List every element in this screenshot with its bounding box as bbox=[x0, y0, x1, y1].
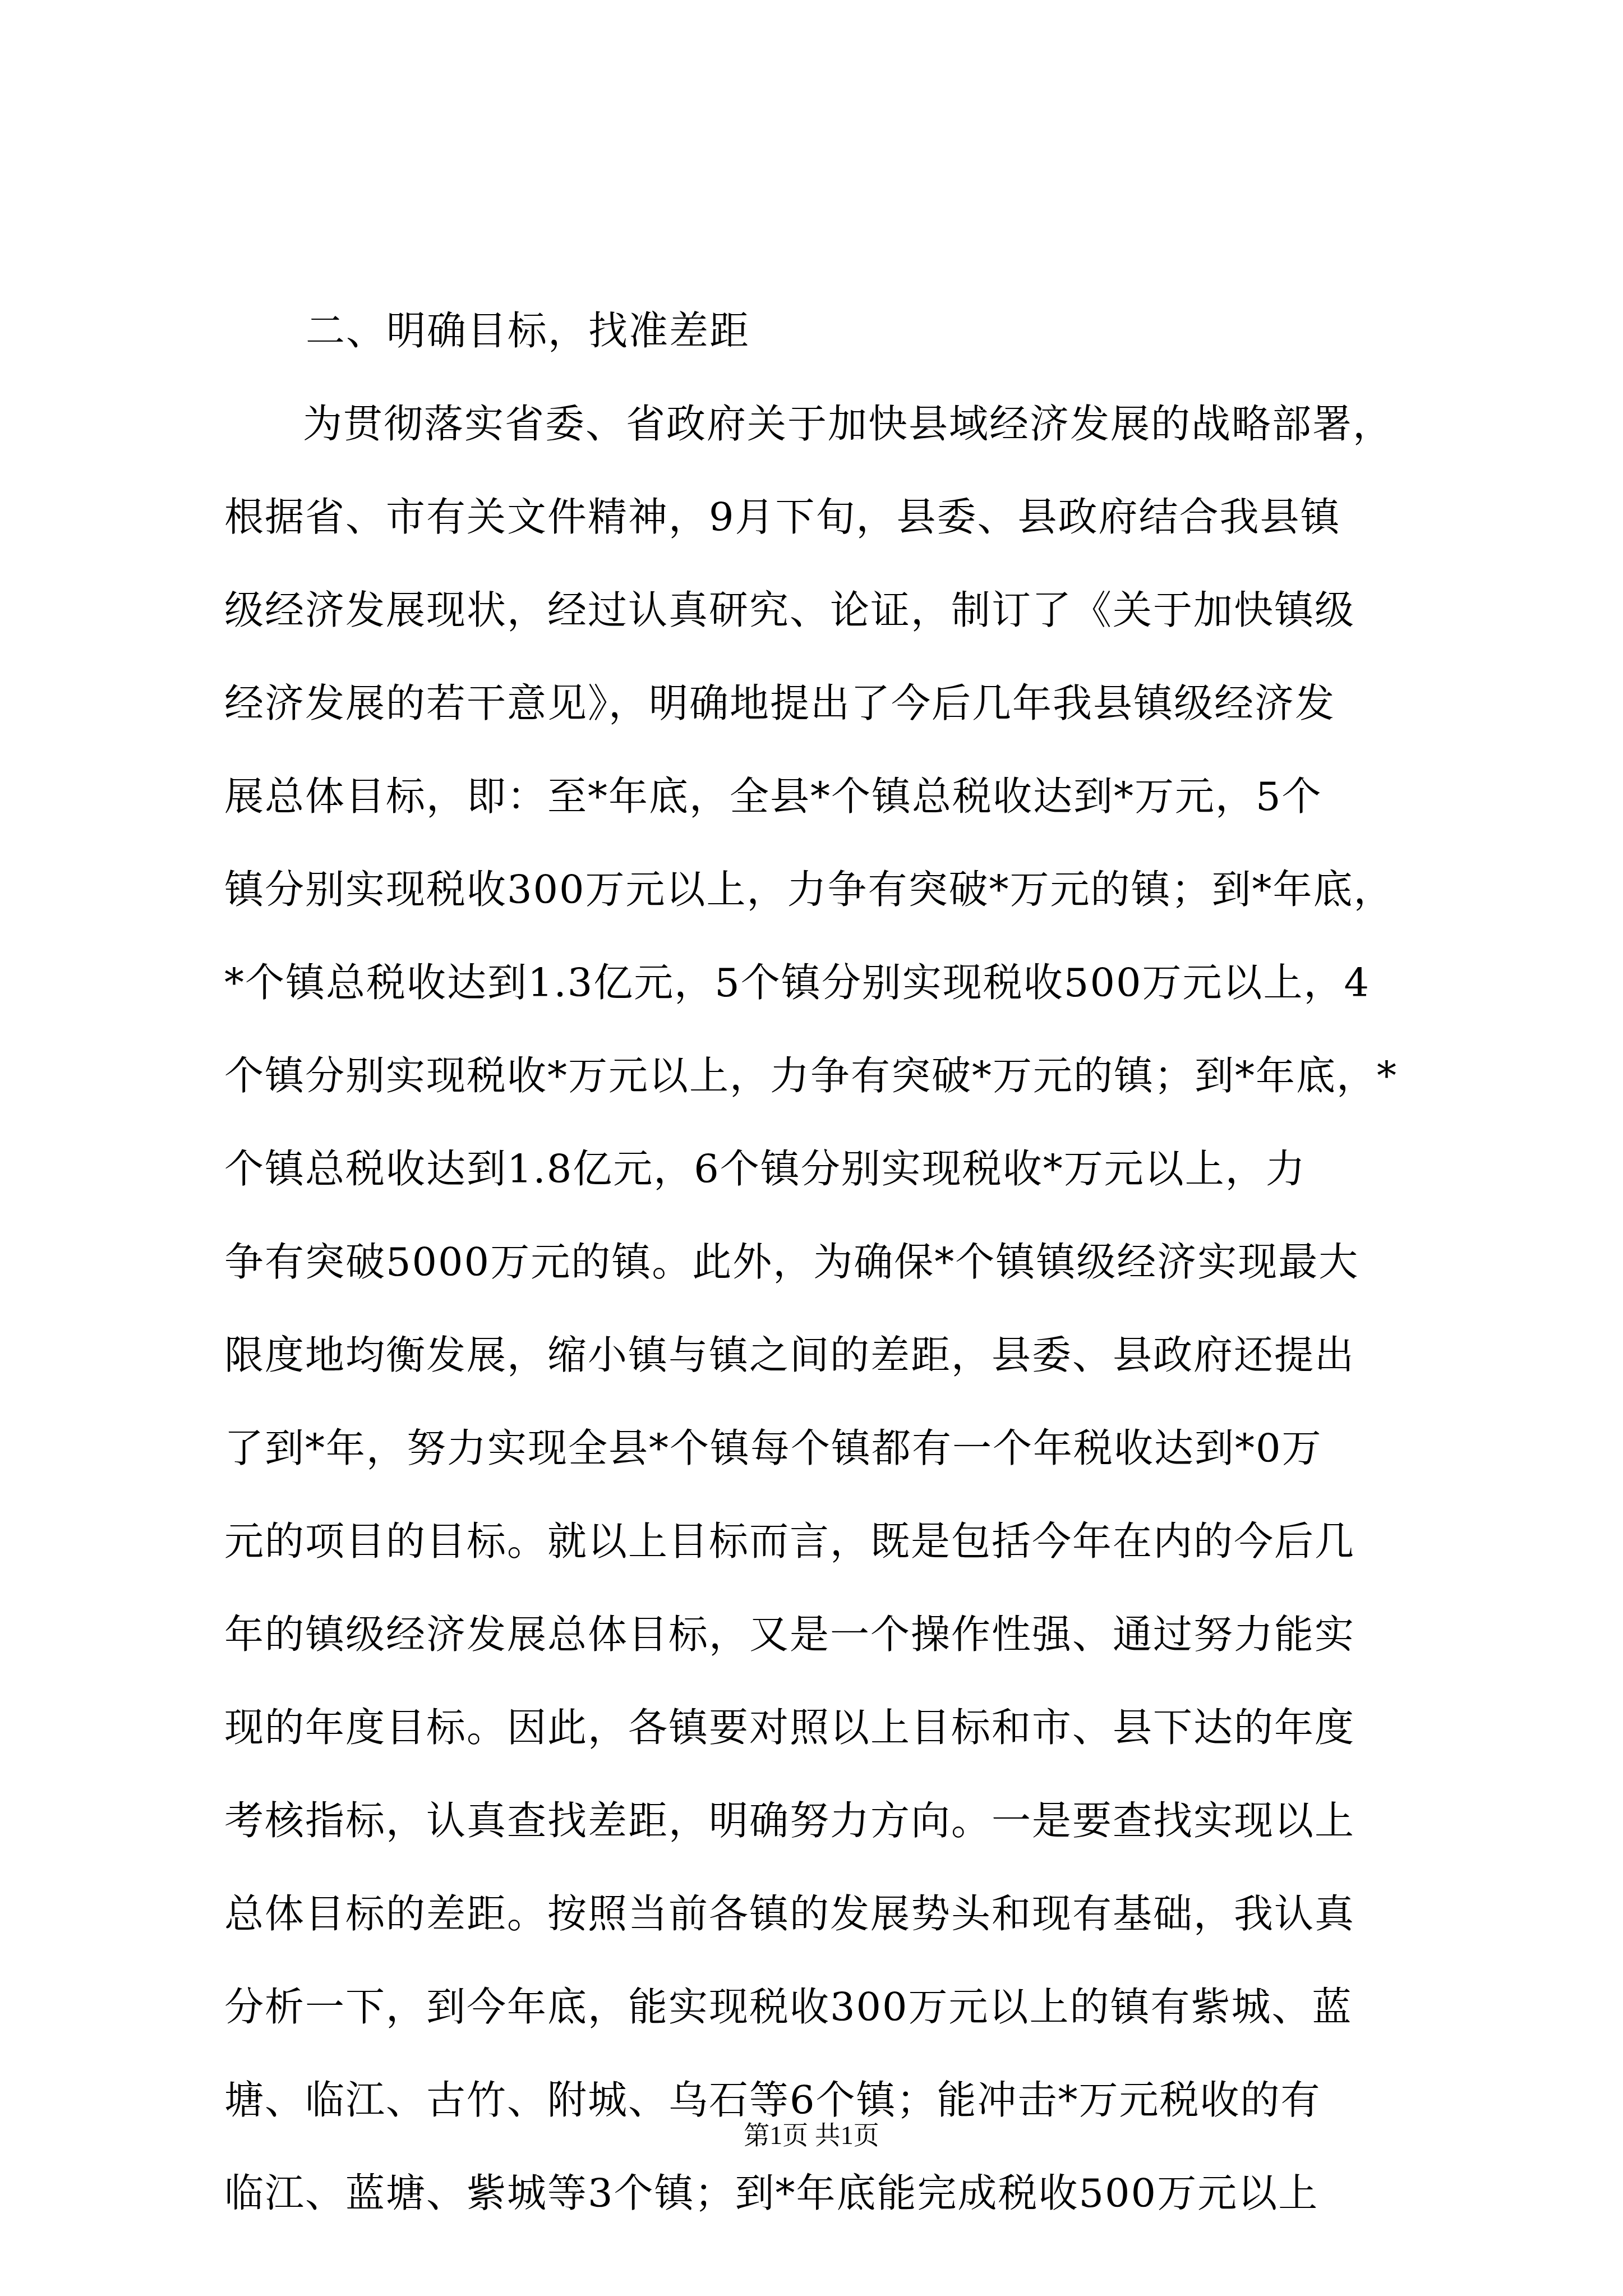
paragraph-line: 临江、蓝塘、紫城等3个镇；到*年底能完成税收500万元以上 bbox=[224, 2168, 1461, 2261]
paragraph-line: 展总体目标，即：至*年底，全县*个镇总税收达到*万元，5个 bbox=[224, 771, 1461, 864]
paragraph-line: 限度地均衡发展，缩小镇与镇之间的差距，县委、县政府还提出 bbox=[224, 1330, 1461, 1423]
paragraph-line: 考核指标，认真查找差距，明确努力方向。一是要查找实现以上 bbox=[224, 1796, 1461, 1889]
document-body: 二、明确目标，找准差距 为贯彻落实省委、省政府关于加快县域经济发展的战略部署， … bbox=[224, 306, 1461, 2261]
document-page: 二、明确目标，找准差距 为贯彻落实省委、省政府关于加快县域经济发展的战略部署， … bbox=[0, 0, 1623, 2296]
paragraph-line: 镇分别实现税收300万元以上，力争有突破*万元的镇；到*年底， bbox=[224, 864, 1461, 958]
paragraph-line: 现的年度目标。因此，各镇要对照以上目标和市、县下达的年度 bbox=[224, 1703, 1461, 1796]
paragraph-line: 分析一下，到今年底，能实现税收300万元以上的镇有紫城、蓝 bbox=[224, 1982, 1461, 2075]
paragraph-line: *个镇总税收达到1.3亿元，5个镇分别实现税收500万元以上，4 bbox=[224, 958, 1461, 1051]
paragraph-line: 级经济发展现状，经过认真研究、论证，制订了《关于加快镇级 bbox=[224, 585, 1461, 678]
page-number-footer: 第1页 共1页 bbox=[0, 2115, 1623, 2152]
paragraph-line: 个镇分别实现税收*万元以上，力争有突破*万元的镇；到*年底，* bbox=[224, 1051, 1461, 1144]
paragraph-line: 元的项目的目标。就以上目标而言，既是包括今年在内的今后几 bbox=[224, 1516, 1461, 1609]
paragraph-line: 个镇总税收达到1.8亿元，6个镇分别实现税收*万元以上，力 bbox=[224, 1144, 1461, 1237]
paragraph-line: 了到*年，努力实现全县*个镇每个镇都有一个年税收达到*0万 bbox=[224, 1423, 1461, 1516]
paragraph-line: 争有突破5000万元的镇。此外，为确保*个镇镇级经济实现最大 bbox=[224, 1237, 1461, 1330]
section-heading: 二、明确目标，找准差距 bbox=[224, 306, 1461, 399]
paragraph-line: 根据省、市有关文件精神，9月下旬，县委、县政府结合我县镇 bbox=[224, 492, 1461, 585]
paragraph-line: 为贯彻落实省委、省政府关于加快县域经济发展的战略部署， bbox=[224, 399, 1461, 492]
paragraph-line: 经济发展的若干意见》，明确地提出了今后几年我县镇级经济发 bbox=[224, 678, 1461, 771]
paragraph-line: 年的镇级经济发展总体目标，又是一个操作性强、通过努力能实 bbox=[224, 1609, 1461, 1703]
paragraph-line: 总体目标的差距。按照当前各镇的发展势头和现有基础，我认真 bbox=[224, 1889, 1461, 1982]
